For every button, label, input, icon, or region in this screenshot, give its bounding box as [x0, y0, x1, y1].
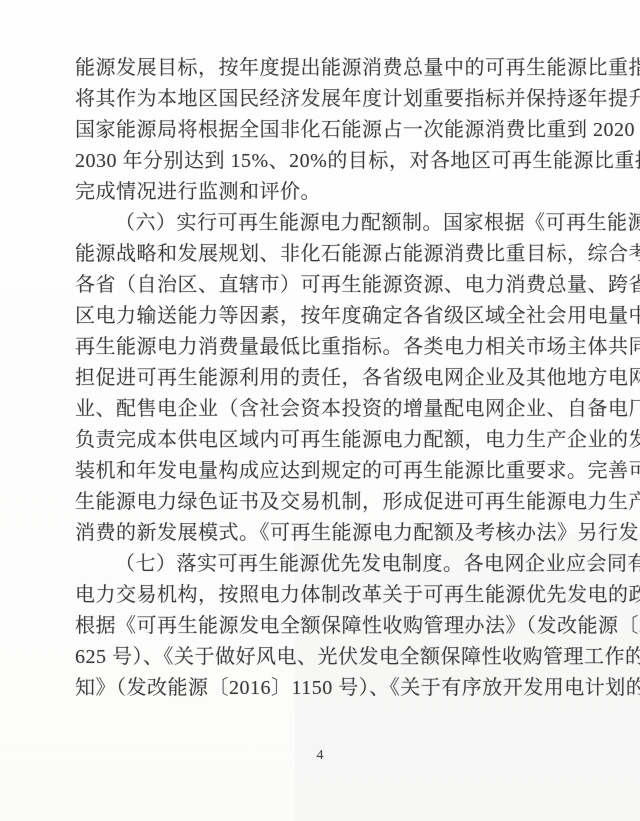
text-line: （六）实行可再生能源电力配额制。国家根据《可再生能源法》、 [75, 208, 567, 239]
text-line: 负责完成本供电区域内可再生能源电力配额，电力生产企业的发电 [75, 425, 567, 456]
text-line: 625 号）、《关于做好风电、光伏发电全额保障性收购管理工作的通 [75, 642, 567, 673]
page-number: 4 [0, 748, 640, 764]
text-line: （七）落实可再生能源优先发电制度。各电网企业应会同有关 [75, 549, 567, 580]
text-line: 区电力输送能力等因素，按年度确定各省级区域全社会用电量中可 [75, 301, 567, 332]
text-line: 能源发展目标，按年度提出能源消费总量中的可再生能源比重指标， [75, 53, 567, 84]
text-line: 业、配售电企业（含社会资本投资的增量配电网企业、自备电厂） [75, 394, 567, 425]
document-page: 能源发展目标，按年度提出能源消费总量中的可再生能源比重指标， 将其作为本地区国民… [0, 0, 640, 821]
text-line: 电力交易机构，按照电力体制改革关于可再生能源优先发电的政策， [75, 580, 567, 611]
text-line: 国家能源局将根据全国非化石能源占一次能源消费比重到 2020 年、 [75, 115, 567, 146]
text-line: 2030 年分别达到 15%、20%的目标，对各地区可再生能源比重指标 [75, 146, 567, 177]
text-line: 生能源电力绿色证书及交易机制，形成促进可再生能源电力生产和 [75, 487, 567, 518]
text-line: 根据《可再生能源发电全额保障性收购管理办法》（发改能源〔2016〕 [75, 611, 567, 642]
document-body: 能源发展目标，按年度提出能源消费总量中的可再生能源比重指标， 将其作为本地区国民… [75, 53, 567, 704]
text-line: 完成情况进行监测和评价。 [75, 177, 567, 208]
text-line: 消费的新发展模式。《可再生能源电力配额及考核办法》另行发布。 [75, 518, 567, 549]
text-line: 再生能源电力消费量最低比重指标。各类电力相关市场主体共同承 [75, 332, 567, 363]
text-line: 担促进可再生能源利用的责任，各省级电网企业及其他地方电网企 [75, 363, 567, 394]
text-line: 知》（发改能源〔2016〕1150 号）、《关于有序放开发用电计划的通 [75, 673, 567, 704]
text-line: 装机和年发电量构成应达到规定的可再生能源比重要求。完善可再 [75, 456, 567, 487]
text-line: 各省（自治区、直辖市）可再生能源资源、电力消费总量、跨省跨 [75, 270, 567, 301]
text-line: 将其作为本地区国民经济发展年度计划重要指标并保持逐年提升。 [75, 84, 567, 115]
text-line: 能源战略和发展规划、非化石能源占能源消费比重目标，综合考虑 [75, 239, 567, 270]
